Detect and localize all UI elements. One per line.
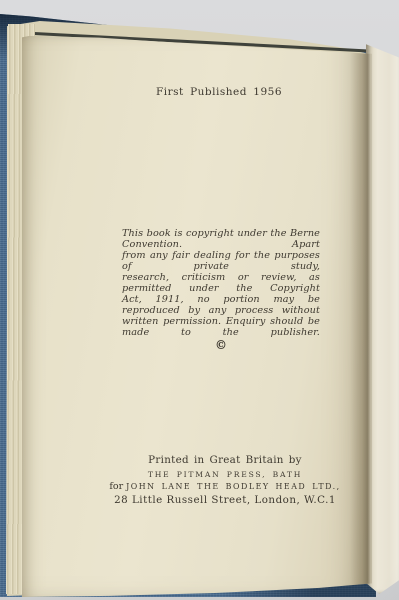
copyright-notice-line: from any fair dealing for the purposes o… [122,250,320,272]
copyright-notice: This book is copyright under the Berne C… [122,228,320,351]
first-published-line: First Published 1956 [69,86,369,98]
imprint-address-line: 28 Little Russell Street, London, W.C.1 [75,494,375,506]
imprint-publisher-line: for JOHN LANE THE BODLEY HEAD LTD., [75,481,375,492]
imprint-publisher-name: JOHN LANE THE BODLEY HEAD LTD., [126,482,341,491]
imprint-publisher-prefix: for [109,481,126,492]
copyright-notice-line: written permission. Enquiry should be ma… [122,316,320,338]
imprint-printed-line: Printed in Great Britain by [75,454,375,466]
copyright-notice-line: This book is copyright under the Berne C… [122,228,320,250]
book-photo: First Published 1956 This book is copyri… [0,0,399,600]
imprint-block: Printed in Great Britain by THE PITMAN P… [75,454,375,506]
copyright-page: First Published 1956 This book is copyri… [22,30,372,597]
page-content: First Published 1956 This book is copyri… [22,30,372,597]
copyright-notice-line: research, criticism or review, as permit… [122,272,320,294]
imprint-press-line: THE PITMAN PRESS, BATH [75,470,375,479]
copyright-symbol: © [122,340,320,351]
copyright-notice-line: Act, 1911, no portion may be reproduced … [122,294,320,316]
